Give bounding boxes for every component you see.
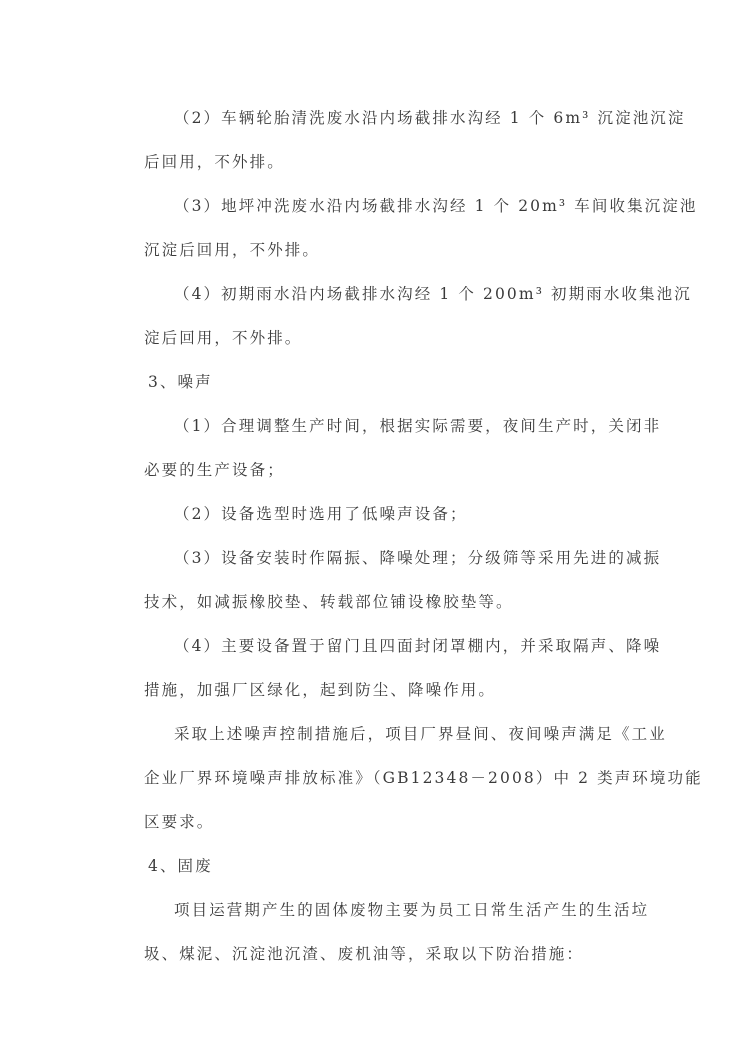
paragraph-line: 区要求。	[144, 812, 604, 832]
paragraph-line: 淀后回用，不外排。	[144, 328, 604, 348]
paragraph-line: 技术，如减振橡胶垫、转载部位铺设橡胶垫等。	[144, 592, 604, 612]
paragraph-line: （3）地坪冲洗废水沿内场截排水沟经 1 个 20m³ 车间收集沉淀池	[174, 196, 634, 216]
section-heading-noise: 3、噪声	[148, 372, 608, 392]
paragraph-line: 措施，加强厂区绿化，起到防尘、降噪作用。	[144, 680, 604, 700]
paragraph-line: （1）合理调整生产时间，根据实际需要，夜间生产时，关闭非	[174, 416, 634, 436]
paragraph-line: （4）初期雨水沿内场截排水沟经 1 个 200m³ 初期雨水收集池沉	[174, 284, 634, 304]
paragraph-line: （4）主要设备置于留门且四面封闭罩棚内，并采取隔声、降噪	[174, 636, 634, 656]
paragraph-line: 企业厂界环境噪声排放标准》（GB12348－2008）中 2 类声环境功能	[144, 768, 604, 788]
paragraph-line: 沉淀后回用，不外排。	[144, 240, 604, 260]
paragraph-line: 圾、煤泥、沉淀池沉渣、废机油等，采取以下防治措施：	[144, 944, 604, 964]
section-heading-solid-waste: 4、固废	[148, 856, 608, 876]
paragraph-line: 后回用，不外排。	[144, 152, 604, 172]
paragraph-line: 项目运营期产生的固体废物主要为员工日常生活产生的生活垃	[174, 900, 634, 920]
document-page: （2）车辆轮胎清洗废水沿内场截排水沟经 1 个 6m³ 沉淀池沉淀 后回用，不外…	[0, 0, 740, 1046]
paragraph-line: （3）设备安装时作隔振、降噪处理；分级筛等采用先进的减振	[174, 548, 634, 568]
paragraph-line: 必要的生产设备；	[144, 460, 604, 480]
paragraph-line: （2）设备选型时选用了低噪声设备；	[174, 504, 634, 524]
paragraph-line: （2）车辆轮胎清洗废水沿内场截排水沟经 1 个 6m³ 沉淀池沉淀	[174, 108, 634, 128]
paragraph-line: 采取上述噪声控制措施后，项目厂界昼间、夜间噪声满足《工业	[174, 724, 634, 744]
